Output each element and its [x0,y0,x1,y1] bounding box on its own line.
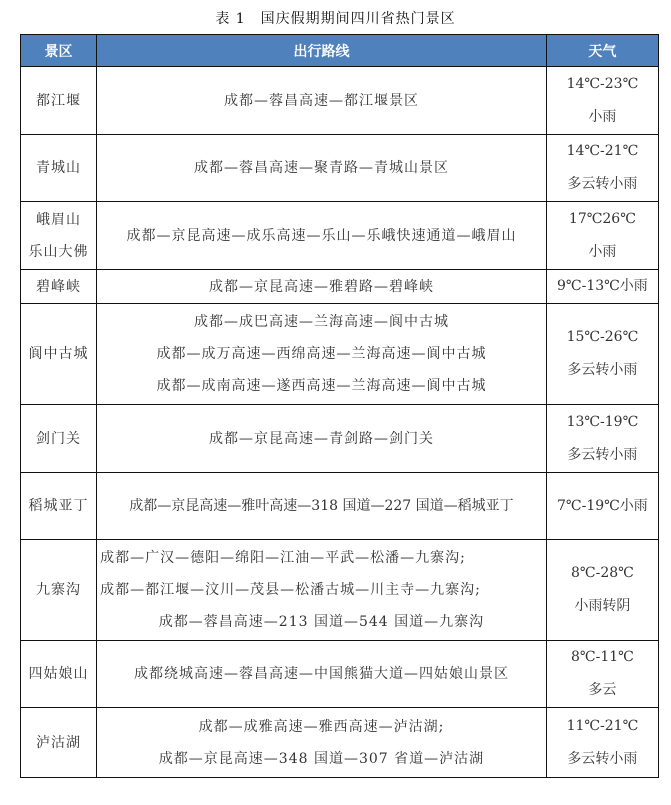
route-cell: 成都—京昆高速—雅叶高速—318 国道—227 国道—稻城亚丁 [97,473,547,540]
route-cell: 成都绕城高速—蓉昌高速—中国熊猫大道—四姑娘山景区 [97,641,547,708]
route-line: 成都—成万高速—西绵高速—兰海高速—阆中古城 [97,338,546,370]
table-caption: 表 1 国庆假期期间四川省热门景区 [0,8,671,28]
scenic-spot-cell: 阆中古城 [21,304,97,405]
header-weather: 天气 [546,35,658,67]
route-line: 成都绕城高速—蓉昌高速—中国熊猫大道—四姑娘山景区 [97,658,546,690]
route-line: 成都—京昆高速—成乐高速—乐山—乐峨快速通道—峨眉山 [97,220,546,252]
route-cell: 成都—京昆高速—青剑路—剑门关 [97,405,547,473]
route-cell: 成都—成巴高速—兰海高速—阆中古城成都—成万高速—西绵高速—兰海高速—阆中古城成… [97,304,547,405]
weather-cell: 11℃-21℃多云转小雨 [546,708,658,778]
route-line: 成都—广汉—德阳—绵阳—江油—平武—松潘—九寨沟; [97,542,546,574]
route-line: 成都—蓉昌高速—213 国道—544 国道—九寨沟 [97,606,546,638]
table-row: 九寨沟成都—广汉—德阳—绵阳—江油—平武—松潘—九寨沟;成都—都江堰—汶川—茂县… [21,540,659,641]
weather-cell: 14℃-21℃多云转小雨 [546,135,658,202]
weather-condition: 小雨转阴 [547,590,658,623]
route-line: 成都—京昆高速—348 国道—307 省道—泸沽湖 [97,743,546,775]
header-scenic-spot: 景区 [21,35,97,67]
table-row: 碧峰峡成都—京昆高速—雅碧路—碧峰峡9℃-13℃小雨 [21,270,659,304]
scenic-spots-table: 景区 出行路线 天气 都江堰成都—蓉昌高速—都江堰景区14℃-23℃小雨青城山成… [20,34,659,778]
weather-condition: 小雨 [547,101,658,134]
header-route: 出行路线 [97,35,547,67]
table-row: 稻城亚丁成都—京昆高速—雅叶高速—318 国道—227 国道—稻城亚丁7℃-19… [21,473,659,540]
scenic-spot-name: 碧峰峡 [21,271,96,303]
scenic-spot-name: 剑门关 [21,423,96,455]
scenic-spot-name: 峨眉山 [21,204,96,236]
route-line: 成都—都江堰—汶川—茂县—松潘古城—川主寺—九寨沟; [97,574,546,606]
weather-temperature: 8℃-28℃ [547,557,658,590]
scenic-spot-name: 青城山 [21,152,96,184]
weather-temperature: 17℃26℃ [547,203,658,236]
scenic-spot-cell: 四姑娘山 [21,641,97,708]
scenic-spot-cell: 都江堰 [21,67,97,135]
scenic-spot-cell: 剑门关 [21,405,97,473]
table-row: 阆中古城成都—成巴高速—兰海高速—阆中古城成都—成万高速—西绵高速—兰海高速—阆… [21,304,659,405]
route-cell: 成都—广汉—德阳—绵阳—江油—平武—松潘—九寨沟;成都—都江堰—汶川—茂县—松潘… [97,540,547,641]
scenic-spot-name: 四姑娘山 [21,658,96,690]
weather-cell: 13℃-19℃多云转小雨 [546,405,658,473]
weather-condition: 小雨 [547,236,658,269]
table-row: 剑门关成都—京昆高速—青剑路—剑门关13℃-19℃多云转小雨 [21,405,659,473]
route-cell: 成都—京昆高速—雅碧路—碧峰峡 [97,270,547,304]
route-cell: 成都—成雅高速—雅西高速—泸沽湖;成都—京昆高速—348 国道—307 省道—泸… [97,708,547,778]
weather-temperature: 8℃-11℃ [547,641,658,674]
weather-condition: 多云转小雨 [547,168,658,201]
route-cell: 成都—蓉昌高速—聚青路—青城山景区 [97,135,547,202]
route-line: 成都—蓉昌高速—聚青路—青城山景区 [97,152,546,184]
scenic-spot-cell: 青城山 [21,135,97,202]
scenic-spot-name: 九寨沟 [21,574,96,606]
weather-temperature: 11℃-21℃ [547,710,658,743]
scenic-spot-cell: 碧峰峡 [21,270,97,304]
scenic-spot-name: 都江堰 [21,85,96,117]
weather-condition: 多云转小雨 [547,439,658,472]
weather-cell: 15℃-26℃多云转小雨 [546,304,658,405]
weather-temperature: 7℃-19℃小雨 [547,490,658,523]
scenic-spot-cell: 稻城亚丁 [21,473,97,540]
scenic-spot-name: 稻城亚丁 [21,490,96,522]
table-body: 都江堰成都—蓉昌高速—都江堰景区14℃-23℃小雨青城山成都—蓉昌高速—聚青路—… [21,67,659,778]
weather-cell: 14℃-23℃小雨 [546,67,658,135]
scenic-spot-name: 阆中古城 [21,338,96,370]
weather-temperature: 15℃-26℃ [547,321,658,354]
route-line: 成都—蓉昌高速—都江堰景区 [97,85,546,117]
route-line: 成都—京昆高速—雅叶高速—318 国道—227 国道—稻城亚丁 [97,490,546,522]
scenic-spot-cell: 泸沽湖 [21,708,97,778]
table-row: 泸沽湖成都—成雅高速—雅西高速—泸沽湖;成都—京昆高速—348 国道—307 省… [21,708,659,778]
route-line: 成都—京昆高速—青剑路—剑门关 [97,423,546,455]
weather-condition: 多云转小雨 [547,354,658,387]
weather-temperature: 14℃-23℃ [547,68,658,101]
weather-temperature: 13℃-19℃ [547,406,658,439]
weather-condition: 多云 [547,674,658,707]
route-line: 成都—成巴高速—兰海高速—阆中古城 [97,306,546,338]
route-line: 成都—成雅高速—雅西高速—泸沽湖; [97,711,546,743]
weather-condition: 多云转小雨 [547,743,658,776]
scenic-spot-name: 泸沽湖 [21,727,96,759]
table-row: 四姑娘山成都绕城高速—蓉昌高速—中国熊猫大道—四姑娘山景区8℃-11℃多云 [21,641,659,708]
scenic-spot-cell: 峨眉山乐山大佛 [21,202,97,270]
weather-temperature: 9℃-13℃小雨 [547,270,658,303]
route-cell: 成都—京昆高速—成乐高速—乐山—乐峨快速通道—峨眉山 [97,202,547,270]
table-row: 青城山成都—蓉昌高速—聚青路—青城山景区14℃-21℃多云转小雨 [21,135,659,202]
table-row: 峨眉山乐山大佛成都—京昆高速—成乐高速—乐山—乐峨快速通道—峨眉山17℃26℃小… [21,202,659,270]
weather-cell: 8℃-11℃多云 [546,641,658,708]
weather-cell: 8℃-28℃小雨转阴 [546,540,658,641]
weather-cell: 9℃-13℃小雨 [546,270,658,304]
weather-temperature: 14℃-21℃ [547,135,658,168]
table-row: 都江堰成都—蓉昌高速—都江堰景区14℃-23℃小雨 [21,67,659,135]
weather-cell: 17℃26℃小雨 [546,202,658,270]
route-line: 成都—成南高速—遂西高速—兰海高速—阆中古城 [97,370,546,402]
table-header-row: 景区 出行路线 天气 [21,35,659,67]
scenic-spot-name: 乐山大佛 [21,236,96,268]
weather-cell: 7℃-19℃小雨 [546,473,658,540]
route-line: 成都—京昆高速—雅碧路—碧峰峡 [97,271,546,303]
scenic-spot-cell: 九寨沟 [21,540,97,641]
route-cell: 成都—蓉昌高速—都江堰景区 [97,67,547,135]
